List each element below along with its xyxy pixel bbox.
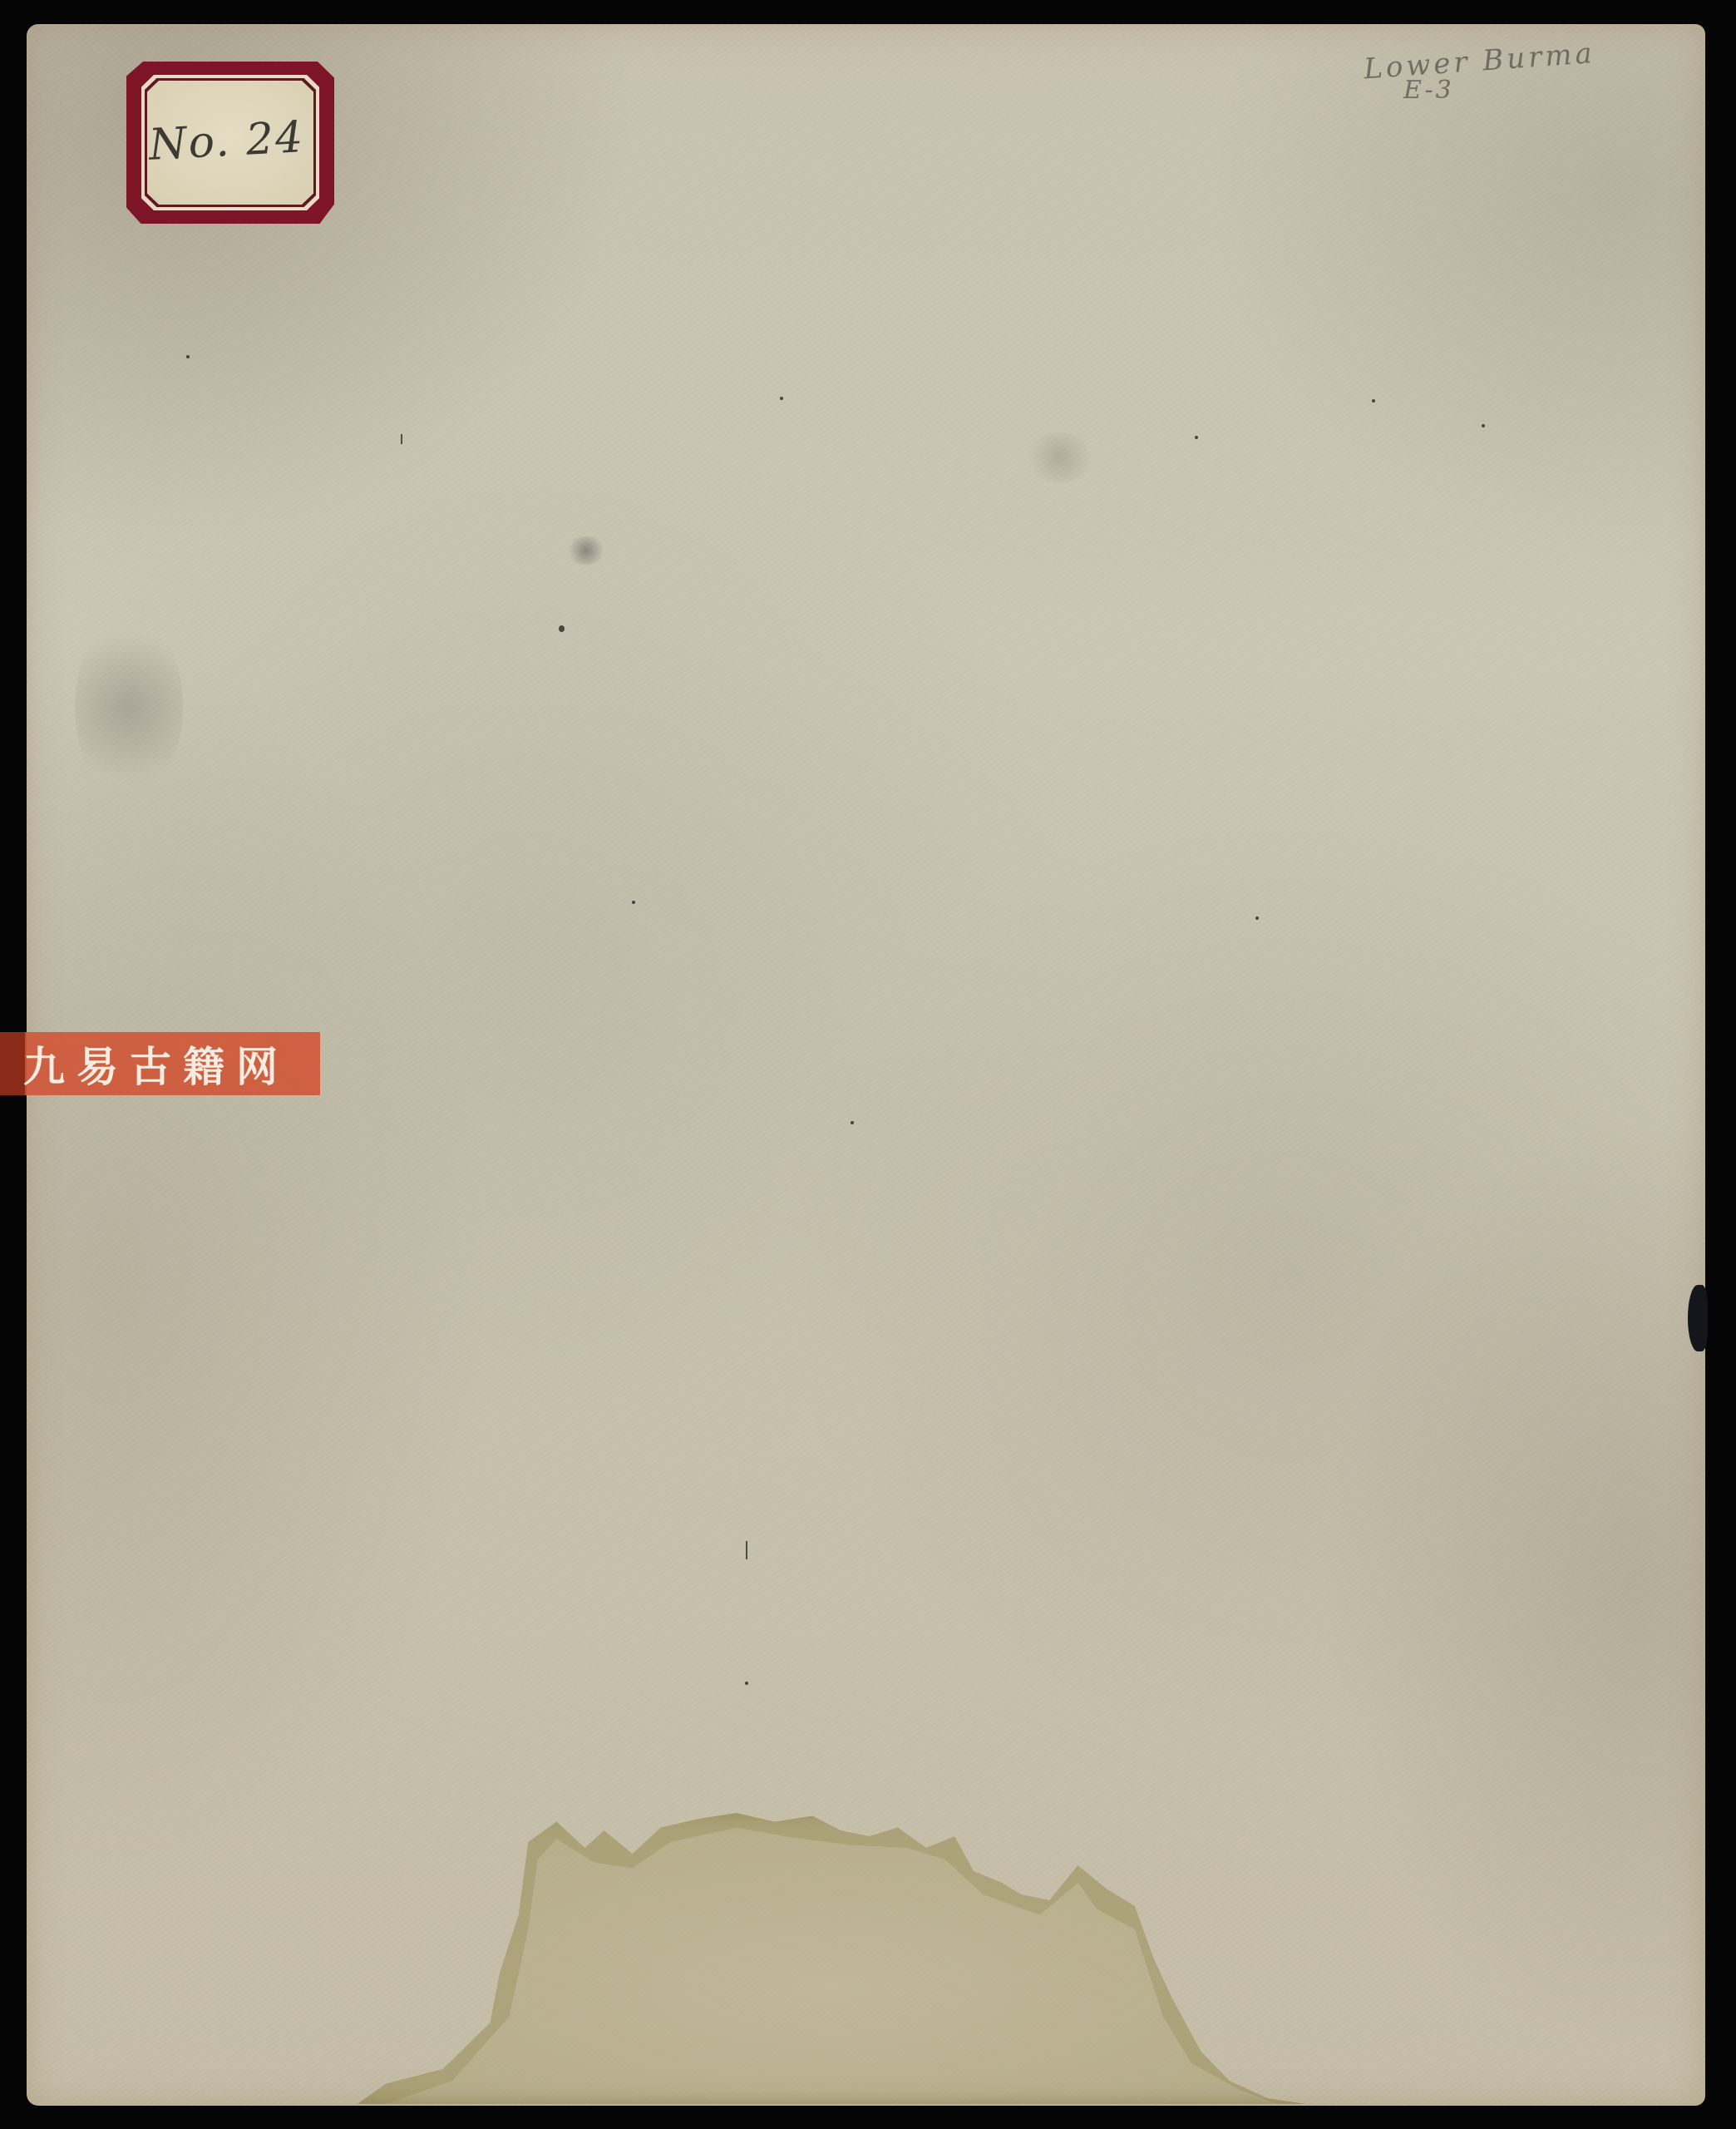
scanned-page-viewer: No. 24 Lower Burma E-3 九易古籍网 xyxy=(0,0,1736,2129)
site-watermark: 九易古籍网 xyxy=(0,1032,320,1095)
pin-mark xyxy=(746,1541,747,1559)
pin-hole xyxy=(1372,399,1375,403)
catalogue-number-label: No. 24 xyxy=(126,62,334,224)
label-paper: No. 24 xyxy=(147,81,313,205)
foxing-spot xyxy=(565,536,607,565)
pin-hole xyxy=(780,397,783,400)
pin-hole xyxy=(186,355,190,358)
discoloration-area xyxy=(1023,432,1097,482)
pencil-annotation: Lower Burma E-3 xyxy=(1364,46,1613,104)
pin-hole xyxy=(1195,436,1198,439)
label-number-text: No. 24 xyxy=(148,112,306,170)
pin-hole xyxy=(851,1121,854,1124)
pin-hole xyxy=(745,1682,748,1685)
watermark-text: 九易古籍网 xyxy=(23,1034,289,1094)
discoloration-area xyxy=(75,615,183,798)
pin-mark xyxy=(401,434,402,444)
pin-hole xyxy=(632,901,635,904)
ink-speck xyxy=(559,625,565,632)
ink-blot xyxy=(1688,1285,1708,1351)
pin-hole xyxy=(1482,424,1485,427)
pin-hole xyxy=(1255,916,1259,920)
